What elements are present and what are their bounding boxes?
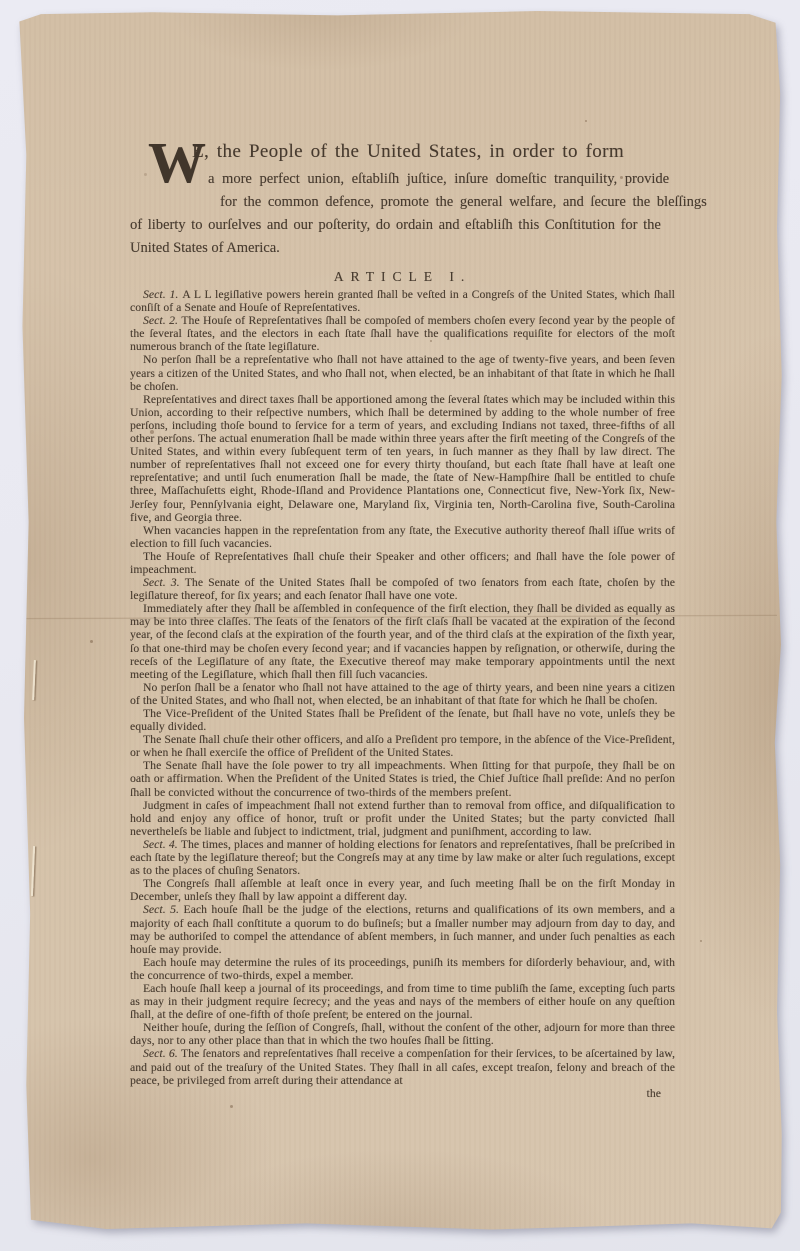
paper-stain-spot <box>700 940 702 942</box>
preamble-line: E, the People of the United States, in o… <box>192 136 675 168</box>
dropcap-w: W <box>148 138 206 188</box>
preamble-line: of liberty to ourſelves and our poſterit… <box>130 214 675 237</box>
catchword: the <box>130 1087 675 1100</box>
preamble-line: United States of America. <box>130 237 675 260</box>
paragraph: Sect. 1. A L L legiſlative powers herein… <box>130 288 675 314</box>
paragraph: The Senate ſhall have the ſole power to … <box>130 759 675 798</box>
section-label: Sect. 3. <box>143 576 185 589</box>
printed-text-block: W E, the People of the United States, in… <box>130 136 675 1100</box>
article-body: Sect. 1. A L L legiſlative powers herein… <box>130 288 675 1087</box>
preamble: W E, the People of the United States, in… <box>130 136 675 260</box>
section-label: Sect. 1. <box>143 288 182 301</box>
article-heading: ARTICLE I. <box>130 269 675 285</box>
paragraph: No perſon ſhall be a repreſentative who … <box>130 353 675 392</box>
binding-stitch-mark <box>32 660 36 700</box>
paragraph: Sect. 2. The Houſe of Repreſentatives ſh… <box>130 314 675 353</box>
section-label: Sect. 2. <box>143 314 181 327</box>
section-label: Sect. 6. <box>143 1047 181 1060</box>
binding-stitch-mark <box>31 846 35 896</box>
paragraph: Neither houſe, during the ſeſſion of Con… <box>130 1021 675 1047</box>
paragraph: Judgment in caſes of impeachment ſhall n… <box>130 799 675 838</box>
preamble-line: a more perfect union, eſtabliſh juſtice,… <box>208 168 675 191</box>
paper-surface: W E, the People of the United States, in… <box>14 8 784 1232</box>
paragraph: The Senate ſhall chuſe their other offic… <box>130 733 675 759</box>
section-label: Sect. 4. <box>143 838 181 851</box>
paragraph: Each houſe may determine the rules of it… <box>130 956 675 982</box>
paragraph: No perſon ſhall be a ſenator who ſhall n… <box>130 681 675 707</box>
paragraph: The Congreſs ſhall aſſemble at leaſt onc… <box>130 877 675 903</box>
paragraph: Immediately after they ſhall be aſſemble… <box>130 602 675 681</box>
paragraph: The Vice-Preſident of the United States … <box>130 707 675 733</box>
paper-stain-spot <box>585 120 587 122</box>
paragraph: Sect. 4. The times, places and manner of… <box>130 838 675 877</box>
paper-stain-spot <box>230 1105 233 1108</box>
paragraph: Sect. 5. Each houſe ſhall be the judge o… <box>130 903 675 955</box>
paragraph: When vacancies happen in the repreſentat… <box>130 524 675 550</box>
paragraph: Repreſentatives and direct taxes ſhall b… <box>130 393 675 524</box>
preamble-line: for the common defence, promote the gene… <box>220 191 675 214</box>
paper-stain-spot <box>90 640 93 643</box>
paragraph: Each houſe ſhall keep a journal of its p… <box>130 982 675 1021</box>
paper-sheet: W E, the People of the United States, in… <box>14 8 784 1232</box>
paragraph: The Houſe of Repreſentatives ſhall chuſe… <box>130 550 675 576</box>
section-label: Sect. 5. <box>143 903 183 916</box>
paragraph: Sect. 6. The ſenators and repreſentative… <box>130 1047 675 1086</box>
photo-background: W E, the People of the United States, in… <box>0 0 800 1251</box>
paragraph: Sect. 3. The Senate of the United States… <box>130 576 675 602</box>
